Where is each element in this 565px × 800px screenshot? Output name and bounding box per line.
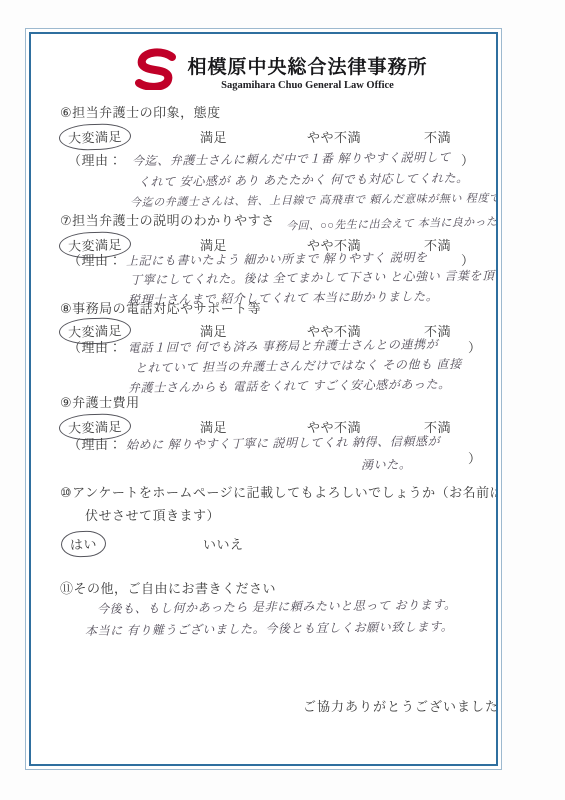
reason-close-label: ） [468, 448, 482, 467]
q6-option-satisfied: 満足 [200, 127, 227, 146]
question-10-options: はい いいえ [31, 534, 496, 554]
page-border-frame: 相模原中央総合法律事務所 Sagamihara Chuo General Law… [25, 28, 502, 770]
law-office-logo-icon [133, 48, 177, 95]
q7-reason-line-2: 丁寧にしてくれた。後は 全てまかして下さい と心強い 言葉を頂き [130, 266, 498, 288]
office-name-english: Sagamihara Chuo General Law Office [187, 80, 427, 91]
question-10-title-line-1: ⑩アンケートをホームページに記載してもよろしいでしょうか（お名前は [60, 482, 498, 501]
letterhead-text: 相模原中央総合法律事務所 Sagamihara Chuo General Law… [187, 52, 427, 91]
q8-reason-line-3: 弁護士さんからも 電話をくれて すごく安心感があった。 [128, 375, 451, 396]
q8-reason-line-1: 電話１回で 何でも済み 事務局と弁護士さんとの連携が [128, 335, 438, 356]
reason-open-label: （理由： [68, 150, 122, 169]
question-6-options: 大変満足 満足 やや不満 不満 [31, 127, 496, 147]
q6-reason-line-2: くれて 安心感が あり あたたかく 何でも対応してくれた。 [138, 169, 469, 190]
office-name-japanese: 相模原中央総合法律事務所 [187, 52, 427, 79]
q6-option-very-satisfied-circled: 大変満足 [59, 123, 132, 151]
question-10-title-line-2: 伏せさせて頂きます） [85, 505, 220, 524]
q11-free-text-line-1: 今後も、もし何かあったら 是非に頼みたいと思って おります。 [97, 596, 457, 617]
q6-reason-line-3: 今迄の弁護士さんは、皆、上目線で 高飛車で 頼んだ意味が無い 程度でした [130, 189, 498, 210]
q7-side-note-handwriting: 今回、○○先生に出会えて 本当に良かったです。 [286, 212, 498, 233]
letterhead: 相模原中央総合法律事務所 Sagamihara Chuo General Law… [31, 48, 496, 95]
reason-open-label: （理由： [68, 250, 122, 269]
question-6-title: ⑥担当弁護士の印象，態度 [60, 102, 221, 121]
question-9-title: ⑨弁護士費用 [60, 392, 140, 411]
scanned-survey-page: 相模原中央総合法律事務所 Sagamihara Chuo General Law… [0, 0, 565, 800]
q6-option-dissatisfied: 不満 [424, 127, 451, 146]
q10-option-no: いいえ [203, 534, 244, 553]
q6-option-somewhat-dissatisfied: やや不満 [307, 127, 361, 146]
q9-reason-line-2: 湧いた。 [361, 455, 412, 473]
q6-reason-line-1: 今迄、弁護士さんに頼んだ中で１番 解りやすく説明して [132, 148, 451, 169]
q11-free-text-line-2: 本当に 有り難うございました。今後とも宜しくお願い致します。 [85, 618, 454, 639]
q9-option-satisfied: 満足 [200, 417, 227, 436]
reason-close-label: ） [461, 150, 475, 169]
question-8-title: ⑧事務局の電話対応やサポート等 [60, 298, 261, 317]
footer-thanks-text: ご協力ありがとうございました [303, 696, 498, 715]
q7-reason-line-1: 上記にも書いたよう 細かい所まで 解りやすく 説明を [126, 248, 428, 269]
reason-open-label: （理由： [68, 337, 122, 356]
reason-open-label: （理由： [68, 434, 122, 453]
q8-reason-line-2: とれていて 担当の弁護士さんだけではなく その他も 直接 [135, 355, 462, 376]
q7-option-dissatisfied: 不満 [424, 235, 451, 254]
question-11-title: ⑪その他，ご自由にお書きください [60, 578, 276, 597]
page-border-inner: 相模原中央総合法律事務所 Sagamihara Chuo General Law… [29, 32, 498, 766]
reason-close-label: ） [468, 337, 482, 356]
q9-reason-line-1: 始めに 解りやすく丁寧に 説明してくれ 納得、信頼感が [126, 432, 440, 453]
q10-option-yes-circled: はい [61, 530, 107, 558]
question-7-title: ⑦担当弁護士の説明のわかりやすさ [60, 210, 275, 229]
